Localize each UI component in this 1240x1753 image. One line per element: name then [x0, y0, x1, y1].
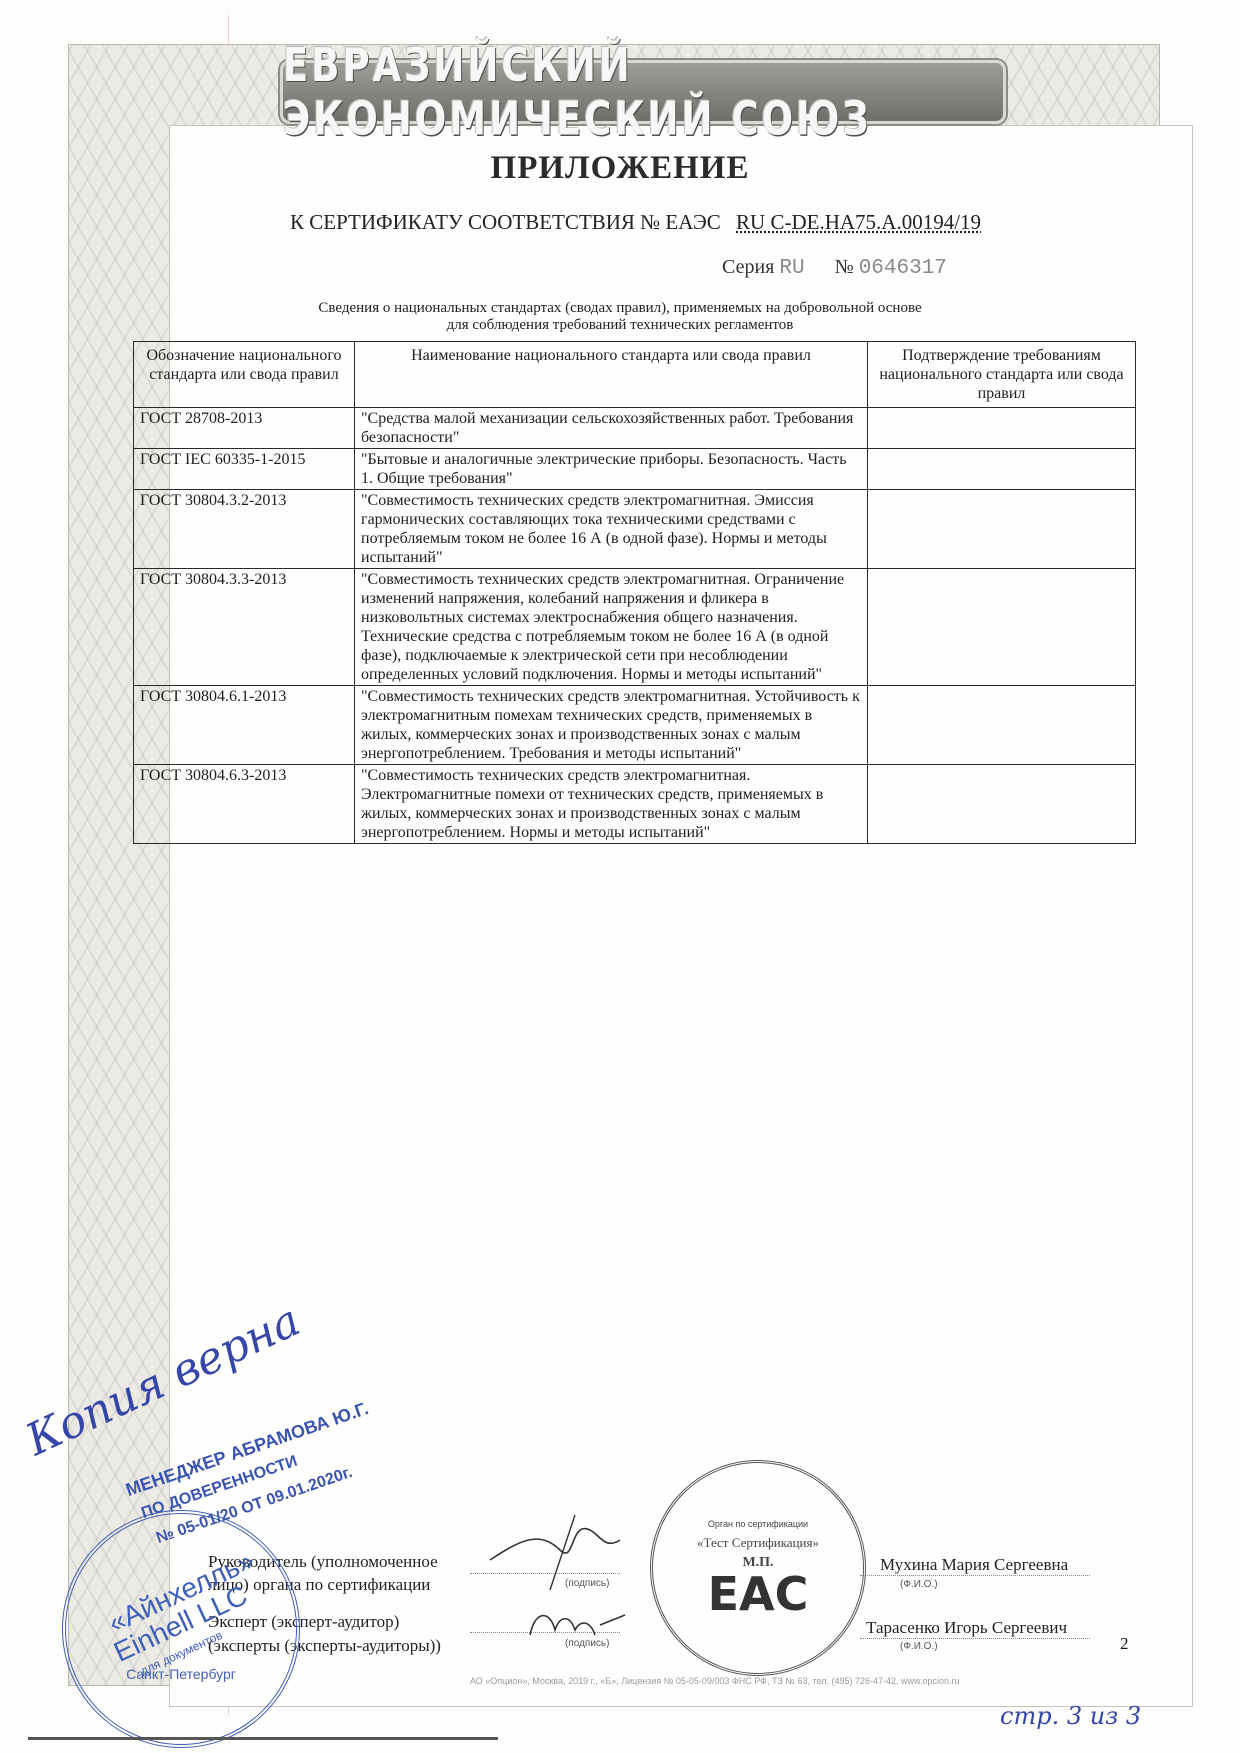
- head-name-caption: (Ф.И.О.): [900, 1579, 938, 1590]
- head-signature-icon: [480, 1500, 640, 1600]
- table-row: ГОСТ 30804.6.3-2013 "Совместимость техни…: [134, 765, 1136, 844]
- header-designation: Обозначение национального стандарта или …: [134, 342, 355, 408]
- standard-code: ГОСТ 30804.6.3-2013: [134, 765, 355, 844]
- standard-code: ГОСТ IEC 60335-1-2015: [134, 449, 355, 490]
- certification-body-seal: Орган по сертификации «Тест Сертификация…: [650, 1460, 866, 1676]
- seal-top-text: Орган по сертификации: [708, 1519, 808, 1529]
- table-row: ГОСТ 30804.3.3-2013 "Совместимость техни…: [134, 569, 1136, 686]
- intro-text: Сведения о национальных стандартах (свод…: [0, 300, 1240, 334]
- header-name: Наименование национального стандарта или…: [355, 342, 868, 408]
- banner-text: ЕВРАЗИЙСКИЙ ЭКОНОМИЧЕСКИЙ СОЮЗ: [283, 38, 1003, 146]
- head-name-line: [860, 1575, 1090, 1576]
- series-label: Серия: [722, 256, 774, 278]
- head-name: Мухина Мария Сергеевна: [880, 1555, 1068, 1575]
- intro-line-2: для соблюдения требований технических ре…: [0, 317, 1240, 334]
- number-value: 0646317: [859, 257, 947, 280]
- standard-confirmation: [868, 686, 1136, 765]
- company-stamp: «Айнхелль» Einhell LLC для документов Са…: [62, 1510, 300, 1748]
- series-value: RU: [779, 257, 804, 280]
- seal-center-text: «Тест Сертификация»: [697, 1535, 819, 1551]
- standard-name: "Средства малой механизации сельскохозяй…: [355, 408, 868, 449]
- standard-name: "Совместимость технических средств элект…: [355, 765, 868, 844]
- standard-name: "Совместимость технических средств элект…: [355, 686, 868, 765]
- certificate-number: RU C-DE.HA75.A.00194/19: [736, 210, 981, 234]
- number-label: №: [835, 256, 854, 278]
- series-line: Серия RU № 0646317: [722, 256, 947, 280]
- standard-confirmation: [868, 765, 1136, 844]
- standard-code: ГОСТ 30804.3.2-2013: [134, 490, 355, 569]
- table-header-row: Обозначение национального стандарта или …: [134, 342, 1136, 408]
- standard-confirmation: [868, 449, 1136, 490]
- eaeu-banner: ЕВРАЗИЙСКИЙ ЭКОНОМИЧЕСКИЙ СОЮЗ: [280, 60, 1006, 124]
- expert-name-line: [860, 1638, 1090, 1639]
- handwritten-page-note: стр. 3 из 3: [1000, 1702, 1141, 1730]
- printer-imprint: АО «Опцион», Москва, 2019 г., «Б», Лицен…: [470, 1676, 960, 1686]
- standard-confirmation: [868, 569, 1136, 686]
- certificate-border: [68, 44, 1160, 1686]
- eac-mark-icon: ЕАС: [708, 1571, 809, 1617]
- standard-confirmation: [868, 408, 1136, 449]
- header-confirmation: Подтверждение требованиям национального …: [868, 342, 1136, 408]
- standard-name: "Бытовые и аналогичные электрические при…: [355, 449, 868, 490]
- standard-code: ГОСТ 28708-2013: [134, 408, 355, 449]
- standard-code: ГОСТ 30804.3.3-2013: [134, 569, 355, 686]
- table-row: ГОСТ 28708-2013 "Средства малой механиза…: [134, 408, 1136, 449]
- table-row: ГОСТ 30804.6.1-2013 "Совместимость техни…: [134, 686, 1136, 765]
- standard-name: "Совместимость технических средств элект…: [355, 490, 868, 569]
- page-number: 2: [1120, 1634, 1129, 1654]
- table-row: ГОСТ IEC 60335-1-2015 "Бытовые и аналоги…: [134, 449, 1136, 490]
- certificate-prefix: К СЕРТИФИКАТУ СООТВЕТСТВИЯ № ЕАЭС: [290, 210, 721, 234]
- standards-table: Обозначение национального стандарта или …: [133, 341, 1136, 844]
- standard-name: "Совместимость технических средств элект…: [355, 569, 868, 686]
- standard-code: ГОСТ 30804.6.1-2013: [134, 686, 355, 765]
- expert-signature-icon: [520, 1600, 630, 1650]
- bottom-rule: [28, 1737, 498, 1740]
- expert-name-caption: (Ф.И.О.): [900, 1641, 938, 1652]
- certificate-line: К СЕРТИФИКАТУ СООТВЕТСТВИЯ № ЕАЭС RU C-D…: [290, 210, 981, 235]
- table-row: ГОСТ 30804.3.2-2013 "Совместимость техни…: [134, 490, 1136, 569]
- intro-line-1: Сведения о национальных стандартах (свод…: [0, 300, 1240, 317]
- page-title: ПРИЛОЖЕНИЕ: [0, 150, 1240, 187]
- expert-name: Тарасенко Игорь Сергеевич: [866, 1618, 1067, 1638]
- standard-confirmation: [868, 490, 1136, 569]
